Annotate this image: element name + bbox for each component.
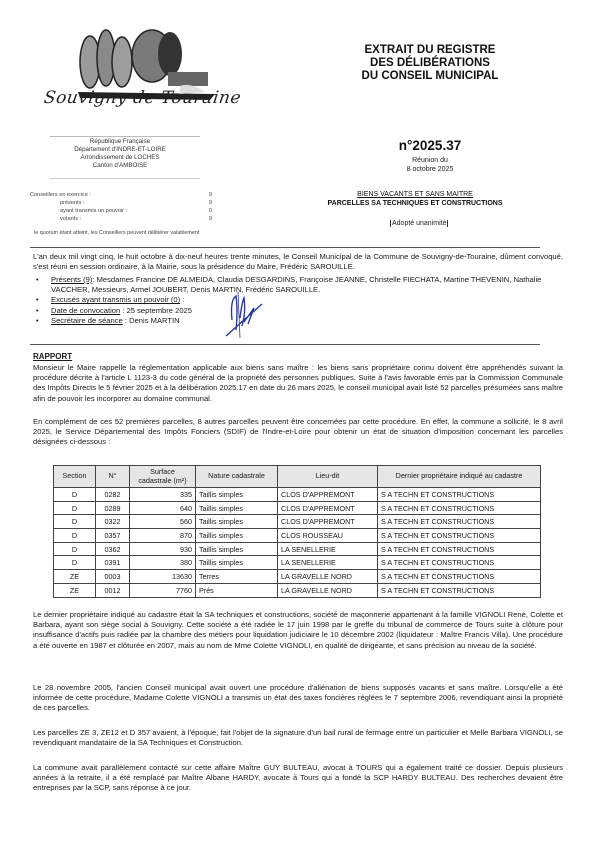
admin-line: République Française — [50, 138, 190, 146]
cell-number: 0289 — [96, 501, 130, 515]
cell-number: 0362 — [96, 542, 130, 556]
quorum-note: le quorum étant atteint, les Conseillers… — [34, 230, 199, 236]
attendance-excused: Excusés ayant transmis un pouvoir (0) : — [33, 295, 563, 305]
divider — [50, 178, 200, 179]
council-counts: Conseillers en exercice :9 présents :9 a… — [30, 192, 220, 224]
cell-section: D — [54, 542, 96, 556]
deliberation-number: n°2025.37 — [330, 138, 530, 153]
rapport-title: RAPPORT — [33, 352, 72, 361]
rapport-paragraph: Le dernier propriétaire indiqué au cadas… — [33, 610, 563, 651]
col-header-section: Section — [54, 466, 96, 488]
register-title: EXTRAIT DU REGISTRE DES DÉLIBÉRATIONS DU… — [330, 44, 530, 83]
cell-nature: Taillis simples — [196, 529, 278, 543]
rapport-paragraph: Le 28 novembre 2005, l'ancien Conseil mu… — [33, 683, 563, 714]
cell-section: D — [54, 556, 96, 570]
present-label: Présents (9) — [51, 275, 92, 284]
col-header-number: N° — [96, 466, 130, 488]
cell-surface: 335 — [130, 488, 196, 502]
count-label: Conseillers en exercice : — [30, 192, 91, 198]
attendance-list: Présents (9): Mesdames Francine DE ALMEI… — [33, 275, 563, 326]
cell-surface: 380 — [130, 556, 196, 570]
cell-number: 0357 — [96, 529, 130, 543]
count-value: 0 — [209, 208, 212, 214]
administrative-info: République Française Département d'INDRE… — [50, 138, 190, 170]
col-header-owner: Dernier propriétaire indiqué au cadastre — [378, 466, 541, 488]
cell-nature: Taillis simples — [196, 488, 278, 502]
cell-section: D — [54, 501, 96, 515]
cell-surface: 13630 — [130, 570, 196, 584]
convocation-text: : 25 septembre 2025 — [120, 306, 192, 315]
cell-section: D — [54, 529, 96, 543]
count-label: présents : — [60, 200, 85, 206]
present-text: : Mesdames Francine DE ALMEIDA, Claudia … — [51, 275, 541, 294]
rapport-paragraph: Monsieur le Maire rappelle la réglementa… — [33, 363, 563, 404]
cell-number: 0391 — [96, 556, 130, 570]
cell-owner: S A TECHN ET CONSTRUCTIONS — [378, 570, 541, 584]
col-header-surface: Surface cadastrale (m²) — [130, 466, 196, 488]
admin-line: Département d'INDRE-ET-LOIRE — [50, 146, 190, 154]
cell-nature: Taillis simples — [196, 556, 278, 570]
subject-title: BIENS VACANTS ET SANS MAITRE — [300, 191, 530, 198]
attendance-secretary: Secrétaire de séance : Denis MARTIN — [33, 316, 563, 326]
count-label: votants : — [60, 216, 81, 222]
excused-text: : — [180, 295, 184, 304]
cell-lieu-dit: CLOS D'APPREMONT — [278, 488, 378, 502]
cell-nature: Taillis simples — [196, 501, 278, 515]
count-value: 9 — [209, 192, 212, 198]
count-value: 9 — [209, 200, 212, 206]
cell-section: D — [54, 488, 96, 502]
count-row: présents :9 — [30, 200, 220, 208]
count-value: 9 — [209, 216, 212, 222]
register-title-line: DES DÉLIBÉRATIONS — [330, 57, 530, 70]
cell-lieu-dit: LA GRAVELLE NORD — [278, 583, 378, 597]
count-row: votants :9 — [30, 216, 220, 224]
admin-line: Canton d'AMBOISE — [50, 162, 190, 170]
cell-surface: 7760 — [130, 583, 196, 597]
count-row: ayant transmis un pouvoir :0 — [30, 208, 220, 216]
rapport-paragraph: Les parcelles ZE 3, ZE12 et D 357 avaien… — [33, 728, 563, 748]
rapport-paragraph: La commune avait parallèlement contacté … — [33, 763, 563, 794]
cell-owner: S A TECHN ET CONSTRUCTIONS — [378, 529, 541, 543]
cell-lieu-dit: CLOS D'APPREMONT — [278, 501, 378, 515]
cell-number: 0282 — [96, 488, 130, 502]
cell-lieu-dit: CLOS D'APPREMONT — [278, 515, 378, 529]
cell-section: D — [54, 515, 96, 529]
cell-nature: Taillis simples — [196, 515, 278, 529]
table-row: D0289640Taillis simplesCLOS D'APPREMONTS… — [54, 501, 541, 515]
register-title-line: DU CONSEIL MUNICIPAL — [330, 70, 530, 83]
cell-owner: S A TECHN ET CONSTRUCTIONS — [378, 542, 541, 556]
cell-owner: S A TECHN ET CONSTRUCTIONS — [378, 501, 541, 515]
cell-section: ZE — [54, 570, 96, 584]
cell-owner: S A TECHN ET CONSTRUCTIONS — [378, 583, 541, 597]
cell-number: 0003 — [96, 570, 130, 584]
col-header-lieu-dit: Lieu-dit — [278, 466, 378, 488]
table-row: D0282335Taillis simplesCLOS D'APPREMONTS… — [54, 488, 541, 502]
convocation-label: Date de convocation — [51, 306, 120, 315]
signature-icon — [218, 290, 268, 340]
cell-nature: Taillis simples — [196, 542, 278, 556]
table-row: ZE00127760PrésLA GRAVELLE NORDS A TECHN … — [54, 583, 541, 597]
table-row: D0322560Taillis simplesCLOS D'APPREMONTS… — [54, 515, 541, 529]
attendance-present: Présents (9): Mesdames Francine DE ALMEI… — [33, 275, 563, 295]
cell-surface: 640 — [130, 501, 196, 515]
divider — [50, 136, 200, 137]
cell-nature: Terres — [196, 570, 278, 584]
secretary-label: Secrétaire de séance — [51, 316, 123, 325]
meeting-info: Réunion du 8 octobre 2025 — [330, 156, 530, 174]
table-row: D0362930Taillis simplesLA SENELLERIES A … — [54, 542, 541, 556]
cell-owner: S A TECHN ET CONSTRUCTIONS — [378, 488, 541, 502]
cell-surface: 560 — [130, 515, 196, 529]
cell-owner: S A TECHN ET CONSTRUCTIONS — [378, 515, 541, 529]
cell-number: 0012 — [96, 583, 130, 597]
parcels-table: Section N° Surface cadastrale (m²) Natur… — [53, 465, 541, 598]
cell-nature: Prés — [196, 583, 278, 597]
intro-paragraph: L'an deux mil vingt cinq, le huit octobr… — [33, 252, 563, 272]
subject-subtitle: PARCELLES SA TECHNIQUES ET CONSTRUCTIONS — [300, 200, 530, 207]
cell-lieu-dit: LA SENELLERIE — [278, 556, 378, 570]
table-header-row: Section N° Surface cadastrale (m²) Natur… — [54, 466, 541, 488]
count-row: Conseillers en exercice :9 — [30, 192, 220, 200]
admin-line: Arrondissement de LOCHES — [50, 154, 190, 162]
cell-lieu-dit: CLOS ROUSSEAU — [278, 529, 378, 543]
cell-lieu-dit: LA GRAVELLE NORD — [278, 570, 378, 584]
table-row: ZE000313630TerresLA GRAVELLE NORDS A TEC… — [54, 570, 541, 584]
table-row: D0391380Taillis simplesLA SENELLERIES A … — [54, 556, 541, 570]
register-title-line: EXTRAIT DU REGISTRE — [330, 44, 530, 57]
town-name-logo-text: Souvigny de Touraine — [43, 88, 243, 108]
cell-number: 0322 — [96, 515, 130, 529]
vote-result: Adopté unanimité — [390, 220, 448, 227]
col-header-nature: Nature cadastrale — [196, 466, 278, 488]
cell-section: ZE — [54, 583, 96, 597]
cell-owner: S A TECHN ET CONSTRUCTIONS — [378, 556, 541, 570]
count-label: ayant transmis un pouvoir : — [60, 208, 127, 214]
excused-label: Excusés ayant transmis un pouvoir (0) — [51, 295, 180, 304]
divider — [30, 247, 540, 248]
rapport-paragraph: En complément de ces 52 premières parcel… — [33, 417, 563, 448]
table-row: D0357870Taillis simplesCLOS ROUSSEAUS A … — [54, 529, 541, 543]
attendance-convocation: Date de convocation : 25 septembre 2025 — [33, 306, 563, 316]
cell-surface: 870 — [130, 529, 196, 543]
divider — [30, 344, 540, 345]
cell-lieu-dit: LA SENELLERIE — [278, 542, 378, 556]
meeting-label: Réunion du — [330, 156, 530, 165]
meeting-date: 8 octobre 2025 — [330, 165, 530, 174]
secretary-text: : Denis MARTIN — [123, 316, 180, 325]
cell-surface: 930 — [130, 542, 196, 556]
